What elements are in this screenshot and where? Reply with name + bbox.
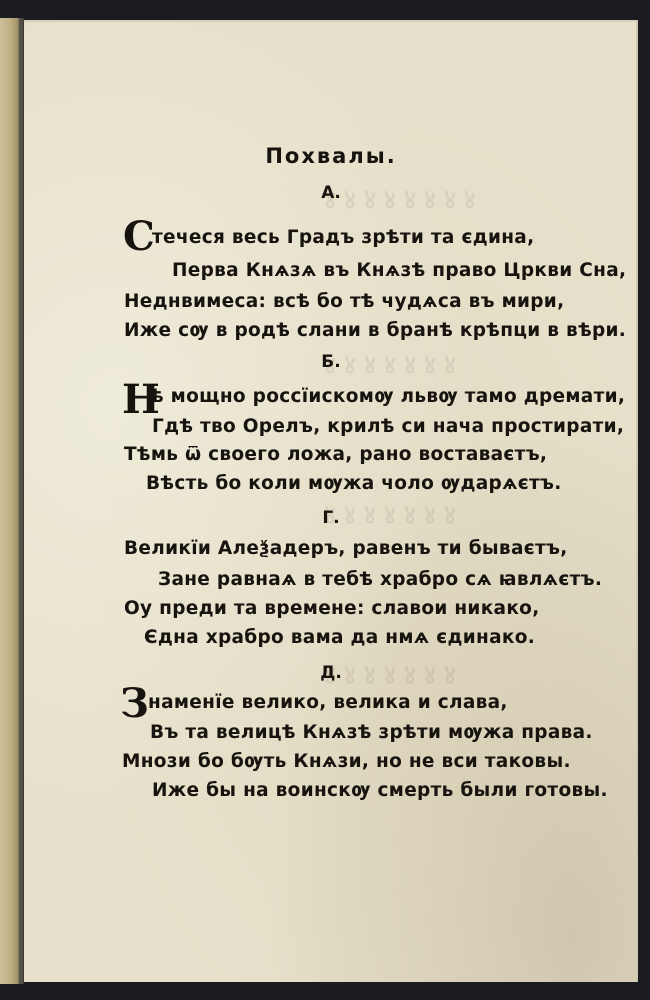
verse-line: Въ та велицѣ Кнѧзѣ зрѣти мѹжа права. xyxy=(150,722,593,743)
drop-cap: З xyxy=(120,684,149,724)
verse-text: Єдна храбро вама да нмѧ єдинако. xyxy=(144,627,535,648)
verse-line: ѣ мощно россїискомѹ львѹ тамо дремати, xyxy=(150,386,625,407)
verse-text: Перва Кнѧзѧ въ Кнѧзѣ право Цркви Сна, xyxy=(172,260,626,281)
verse-line: Иже бы на воинскѹ смерть были готовы. xyxy=(152,780,608,801)
verse-text: Вѣсть бо коли мѹжа чоло ѹдарѧєтъ. xyxy=(146,473,562,494)
page-text: Похвалы. А. С течеся весь Градъ зрѣти та… xyxy=(24,20,638,982)
verse-text: течеся весь Градъ зрѣти та єдина, xyxy=(152,227,534,248)
verse-text: Зане равнаѧ в тебѣ храбро сѧ ꙗвлѧєтъ. xyxy=(158,569,602,590)
book-page: ꙋ ꙋ ꙋ ꙋ ꙋ ꙋ ꙋ ꙋ ꙋ ꙋ ꙋ ꙋ ꙋ ꙋ ꙋ ꙋ ꙋ ꙋ ꙋ ꙋ … xyxy=(24,20,638,982)
verse-line: Єдна храбро вама да нмѧ єдинако. xyxy=(144,627,535,648)
verse-line: наменїе велико, велика и слава, xyxy=(148,692,508,713)
verse-text: Великїи Алеѯадеръ, равенъ ти бываєтъ, xyxy=(124,538,568,559)
verse-line: Вѣсть бо коли мѹжа чоло ѹдарѧєтъ. xyxy=(146,473,562,494)
verse-text: наменїе велико, велика и слава, xyxy=(148,692,508,713)
verse-line: Мнози бо бѹть Кнѧзи, но не вси таковы. xyxy=(122,751,571,772)
gutter-line xyxy=(19,18,22,984)
verse-line: Иже сѹ в родѣ слани в бранѣ крѣпци в вѣр… xyxy=(124,320,626,341)
verse-line: Перва Кнѧзѧ въ Кнѧзѣ право Цркви Сна, xyxy=(172,260,626,281)
verse-text: Мнози бо бѹть Кнѧзи, но не вси таковы. xyxy=(122,751,571,772)
verse-line: Тѣмь ѿ своего ложа, рано воставаєтъ, xyxy=(124,444,547,465)
verse-text: ѣ мощно россїискомѹ львѹ тамо дремати, xyxy=(150,386,625,407)
drop-cap: С xyxy=(123,217,155,257)
stanza-number: А. xyxy=(24,183,638,203)
verse-text: Иже бы на воинскѹ смерть были готовы. xyxy=(152,780,608,801)
verse-line: Зане равнаѧ в тебѣ храбро сѧ ꙗвлѧєтъ. xyxy=(158,569,602,590)
verse-line: Неднвимеса: всѣ бо тѣ чудѧса въ мири, xyxy=(124,291,564,312)
stanza-number: Б. xyxy=(24,352,638,372)
verse-text: Неднвимеса: всѣ бо тѣ чудѧса въ мири, xyxy=(124,291,564,312)
verse-text: Въ та велицѣ Кнѧзѣ зрѣти мѹжа права. xyxy=(150,722,593,743)
verse-line: течеся весь Градъ зрѣти та єдина, xyxy=(152,227,534,248)
stanza-number: Д. xyxy=(24,663,638,683)
verse-text: Иже сѹ в родѣ слани в бранѣ крѣпци в вѣр… xyxy=(124,320,626,341)
verse-text: Оу преди та времене: славои никако, xyxy=(124,598,540,619)
verse-text: Гдѣ тво Орелъ, крилѣ си нача простирати, xyxy=(152,416,624,437)
verse-line: Великїи Алеѯадеръ, равенъ ти бываєтъ, xyxy=(124,538,568,559)
verse-text: Тѣмь ѿ своего ложа, рано воставаєтъ, xyxy=(124,444,547,465)
page-title: Похвалы. xyxy=(24,144,638,168)
verse-line: Гдѣ тво Орелъ, крилѣ си нача простирати, xyxy=(152,416,624,437)
stanza-number: Г. xyxy=(24,508,638,528)
verse-line: Оу преди та времене: славои никако, xyxy=(124,598,540,619)
